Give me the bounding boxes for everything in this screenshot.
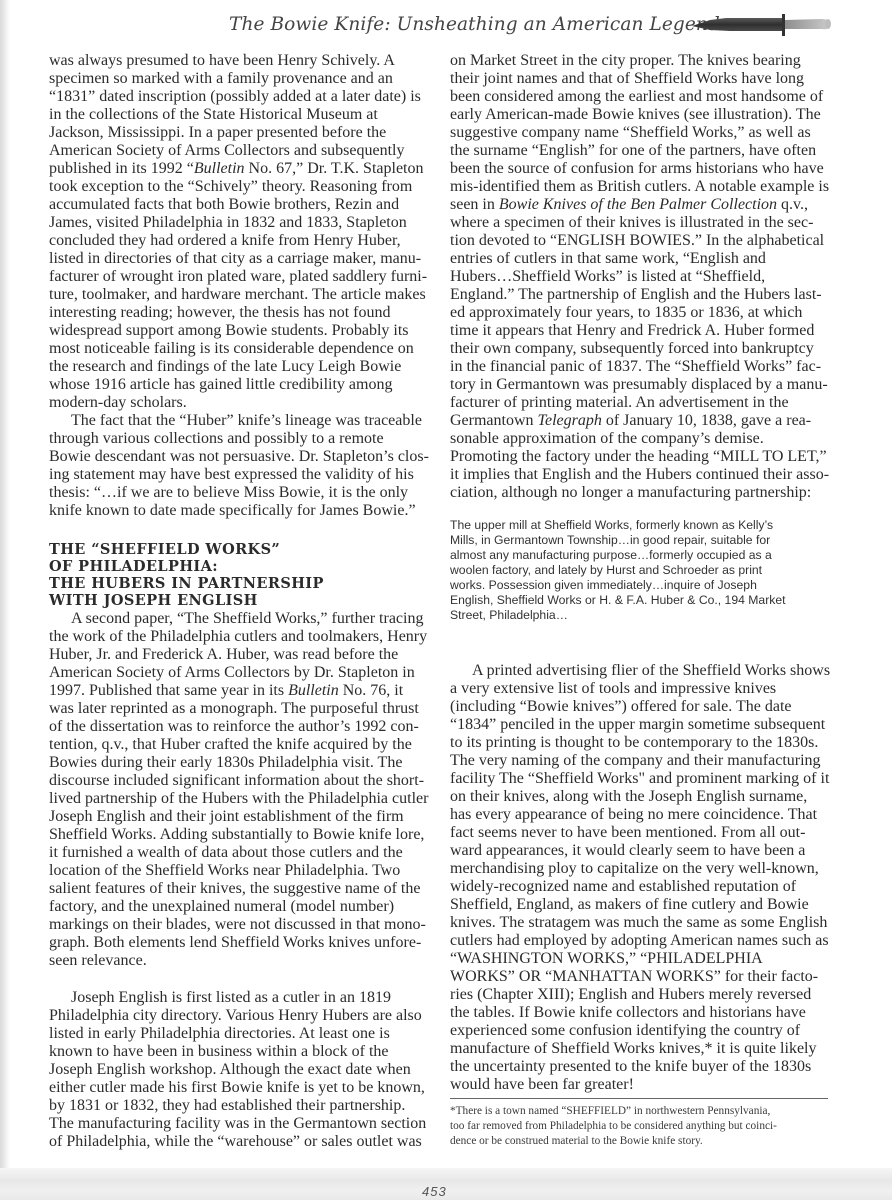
text-line: time it appears that Henry and Fredrick … — [450, 322, 814, 340]
text-line: “1834” penciled in the upper margin some… — [450, 716, 825, 734]
text-line: ture, toolmaker, and hardware merchant. … — [49, 286, 426, 304]
text-line: The fact that the “Huber” knife’s lineag… — [49, 412, 422, 430]
text-line: American Society of Arms Collectors and … — [49, 142, 404, 160]
text-line: was later reprinted as a monograph. The … — [49, 700, 419, 718]
text-line: tention, q.v., that Huber crafted the kn… — [49, 736, 412, 754]
text-line: James, visited Philadelphia in 1832 and … — [49, 214, 407, 232]
text-line-with-italic: seen in Bowie Knives of the Ben Palmer C… — [450, 196, 808, 214]
text-line: ed approximately four years, to 1835 or … — [450, 304, 802, 322]
text-line: tory in Germantown was presumably displa… — [450, 376, 828, 394]
text-line: Philadelphia city directory. Various Hen… — [49, 1007, 422, 1025]
text-line: thesis: “…if we are to believe Miss Bowi… — [49, 484, 408, 502]
text-line: to its printing is thought to be contemp… — [450, 734, 818, 752]
text-line: concluded they had ordered a knife from … — [49, 232, 401, 250]
text-line: has every appearance of being no mere co… — [450, 806, 817, 824]
text-line: of the dissertation was to reinforce the… — [49, 718, 419, 736]
text-line: “1831” dated inscription (possibly added… — [49, 88, 421, 106]
text-line: either cutler made his first Bowie knife… — [49, 1079, 425, 1097]
text-line: facturer of printing material. An advert… — [450, 394, 789, 412]
footnote-divider — [450, 1098, 828, 1099]
text-line: on their knives, along with the Joseph E… — [450, 788, 807, 806]
text-line: would have been far greater! — [450, 1076, 634, 1094]
text-line: it furnished a wealth of data about thos… — [49, 844, 403, 862]
text-line: their own company, subsequently forced i… — [450, 340, 814, 358]
text-line: tion devoted to “ENGLISH BOWIES.” In the… — [450, 232, 824, 250]
bowie-knife-icon — [690, 12, 840, 38]
text-line: interesting reading; however, the thesis… — [49, 304, 391, 322]
text-line: facturer of wrought iron plated ware, pl… — [49, 268, 427, 286]
block-quote-line: Mills, in Germantown Township…in good re… — [450, 533, 770, 548]
text-line: been considered among the earliest and m… — [450, 88, 823, 106]
text-line: sonable approximation of the company’s d… — [450, 430, 764, 448]
text-line: Promoting the factory under the heading … — [450, 448, 827, 466]
text-line: it implies that English and the Hubers c… — [450, 466, 829, 484]
section-heading-line: THE “SHEFFIELD WORKS” — [49, 541, 280, 559]
text-line: factory, and the unexplained numeral (mo… — [49, 898, 394, 916]
text-line: WORKS” OR “MANHATTAN WORKS” for their fa… — [450, 968, 818, 986]
text-line: Sheffield, England, as makers of fine cu… — [450, 896, 809, 914]
text-line: manufacture of Sheffield Works knives,* … — [450, 1040, 817, 1058]
text-line: Jackson, Mississippi. In a paper present… — [49, 124, 386, 142]
text-line: merchandising ploy to capitalize on the … — [450, 860, 819, 878]
text-line: accumulated facts that both Bowie brothe… — [49, 196, 399, 214]
text-line: markings on their blades, were not discu… — [49, 916, 426, 934]
text-line: widely-recognized name and established r… — [450, 878, 796, 896]
text-line: of Philadelphia, while the “warehouse” o… — [49, 1133, 422, 1151]
text-line: entries of cutlers in that same work, “E… — [450, 250, 766, 268]
text-line: salient features of their knives, the su… — [49, 880, 420, 898]
text-line: Joseph English and their joint establish… — [49, 808, 404, 826]
text-line: Sheffield Works. Adding substantially to… — [49, 826, 424, 844]
text-line: knife known to date made specifically fo… — [49, 502, 416, 520]
publication-title: Bulletin — [194, 160, 245, 177]
text-line: A printed advertising flier of the Sheff… — [450, 662, 830, 680]
section-heading-line: OF PHILADELPHIA: — [49, 558, 218, 576]
footnote-line: dence or be construed material to the Bo… — [450, 1134, 703, 1149]
text-line: mis-identified them as British cutlers. … — [450, 178, 829, 196]
text-line: ing statement may have best expressed th… — [49, 466, 414, 484]
block-quote-line: almost any manufacturing purpose…formerl… — [450, 548, 772, 563]
block-quote-line: woolen factory, and lately by Hurst and … — [450, 563, 762, 578]
text-line: known to have been in business within a … — [49, 1043, 389, 1061]
text-line: location of the Sheffield Works near Phi… — [49, 862, 400, 880]
publication-title: Bulletin — [288, 682, 339, 699]
newspaper-title: Telegraph — [538, 412, 602, 429]
text-line: in the financial panic of 1837. The “She… — [450, 358, 821, 376]
text-line: A second paper, “The Sheffield Works,” f… — [49, 610, 423, 628]
block-quote-line: Street, Philadelphia… — [450, 608, 568, 623]
text-line: Hubers…Sheffield Works” is listed at “Sh… — [450, 268, 765, 286]
text-line: “WASHINGTON WORKS,” “PHILADELPHIA — [450, 950, 763, 968]
text-line: facility The “Sheffield Works" and promi… — [450, 770, 829, 788]
text-line: knives. The stratagem was much the same … — [450, 914, 827, 932]
page-number: 453 — [422, 1184, 447, 1199]
text-line: whose 1916 article has gained little cre… — [49, 376, 392, 394]
text-line: experienced some confusion identifying t… — [450, 1022, 800, 1040]
footnote-line: too far removed from Philadelphia to be … — [450, 1119, 777, 1134]
text-line: took exception to the “Schively” theory.… — [49, 178, 412, 196]
text-line: fact seems never to have been mentioned.… — [450, 824, 805, 842]
text-line: ries (Chapter XIII); English and Hubers … — [450, 986, 811, 1004]
text-line: The manufacturing facility was in the Ge… — [49, 1115, 426, 1133]
text-line: specimen so marked with a family provena… — [49, 70, 393, 88]
text-line: suggestive company name “Sheffield Works… — [450, 124, 811, 142]
text-line: their joint names and that of Sheffield … — [450, 70, 804, 88]
text-line: the tables. If Bowie knife collectors an… — [450, 1004, 806, 1022]
text-line: a very extensive list of tools and impre… — [450, 680, 776, 698]
scan-edge-shadow — [0, 0, 10, 1200]
text-line: graph. Both elements lend Sheffield Work… — [49, 934, 421, 952]
text-line: on Market Street in the city proper. The… — [450, 52, 801, 70]
text-line: cutlers had employed by adopting America… — [450, 932, 829, 950]
text-line: early American-made Bowie knives (see il… — [450, 106, 821, 124]
text-line: the work of the Philadelphia cutlers and… — [49, 628, 427, 646]
text-line: ward appearances, it would clearly seem … — [450, 842, 805, 860]
text-line-with-italic: published in its 1992 “Bulletin No. 67,”… — [49, 160, 424, 178]
text-line: where a specimen of their knives is illu… — [450, 214, 813, 232]
text-line: Huber, Jr. and Frederick A. Huber, was r… — [49, 646, 398, 664]
text-line: seen relevance. — [49, 952, 147, 970]
text-line: through various collections and possibly… — [49, 430, 384, 448]
text-line: England.” The partnership of English and… — [450, 286, 822, 304]
text-line: by 1831 or 1832, they had established th… — [49, 1097, 405, 1115]
footnote-line: *There is a town named “SHEFFIELD” in no… — [450, 1104, 770, 1119]
text-line: listed in directories of that city as a … — [49, 250, 421, 268]
text-line: modern-day scholars. — [49, 394, 187, 412]
text-line: in the collections of the State Historic… — [49, 106, 378, 124]
text-line: the surname “English” for one of the par… — [450, 142, 816, 160]
block-quote-line: works. Possession given immediately…inqu… — [450, 578, 757, 593]
section-heading-line: WITH JOSEPH ENGLISH — [49, 592, 258, 610]
text-line: widespread support among Bowie students.… — [49, 322, 409, 340]
running-header-title: The Bowie Knife: Unsheathing an American… — [229, 14, 720, 35]
text-line: The very naming of the company and their… — [450, 752, 821, 770]
text-line-with-italic: 1997. Published that same year in its Bu… — [49, 682, 403, 700]
text-line: most noticeable failing is its considera… — [49, 340, 414, 358]
text-line: been the source of confusion for arms hi… — [450, 160, 824, 178]
text-line: Joseph English is first listed as a cutl… — [49, 989, 391, 1007]
text-line: the research and findings of the late Lu… — [49, 358, 401, 376]
text-line: listed in early Philadelphia directories… — [49, 1025, 390, 1043]
text-line: the uncertainty presented to the knife b… — [450, 1058, 811, 1076]
block-quote-line: English, Sheffield Works or H. & F.A. Hu… — [450, 593, 786, 608]
text-line: American Society of Arms Collectors by D… — [49, 664, 415, 682]
text-line: ciation, although no longer a manufactur… — [450, 484, 811, 502]
text-line: Joseph English workshop. Although the ex… — [49, 1061, 411, 1079]
text-line-with-italic: Germantown Telegraph of January 10, 1838… — [450, 412, 811, 430]
book-title: Bowie Knives of the Ben Palmer Collectio… — [499, 196, 777, 213]
text-line: discourse included significant informati… — [49, 772, 424, 790]
text-line: Bowie descendant was not persuasive. Dr.… — [49, 448, 429, 466]
section-heading-line: THE HUBERS IN PARTNERSHIP — [49, 575, 324, 593]
text-line: Bowies during their early 1830s Philadel… — [49, 754, 402, 772]
text-line: lived partnership of the Hubers with the… — [49, 790, 428, 808]
block-quote-line: The upper mill at Sheffield Works, forme… — [450, 518, 773, 533]
text-line: was always presumed to have been Henry S… — [49, 52, 395, 70]
text-line: (including “Bowie knives”) offered for s… — [450, 698, 792, 716]
